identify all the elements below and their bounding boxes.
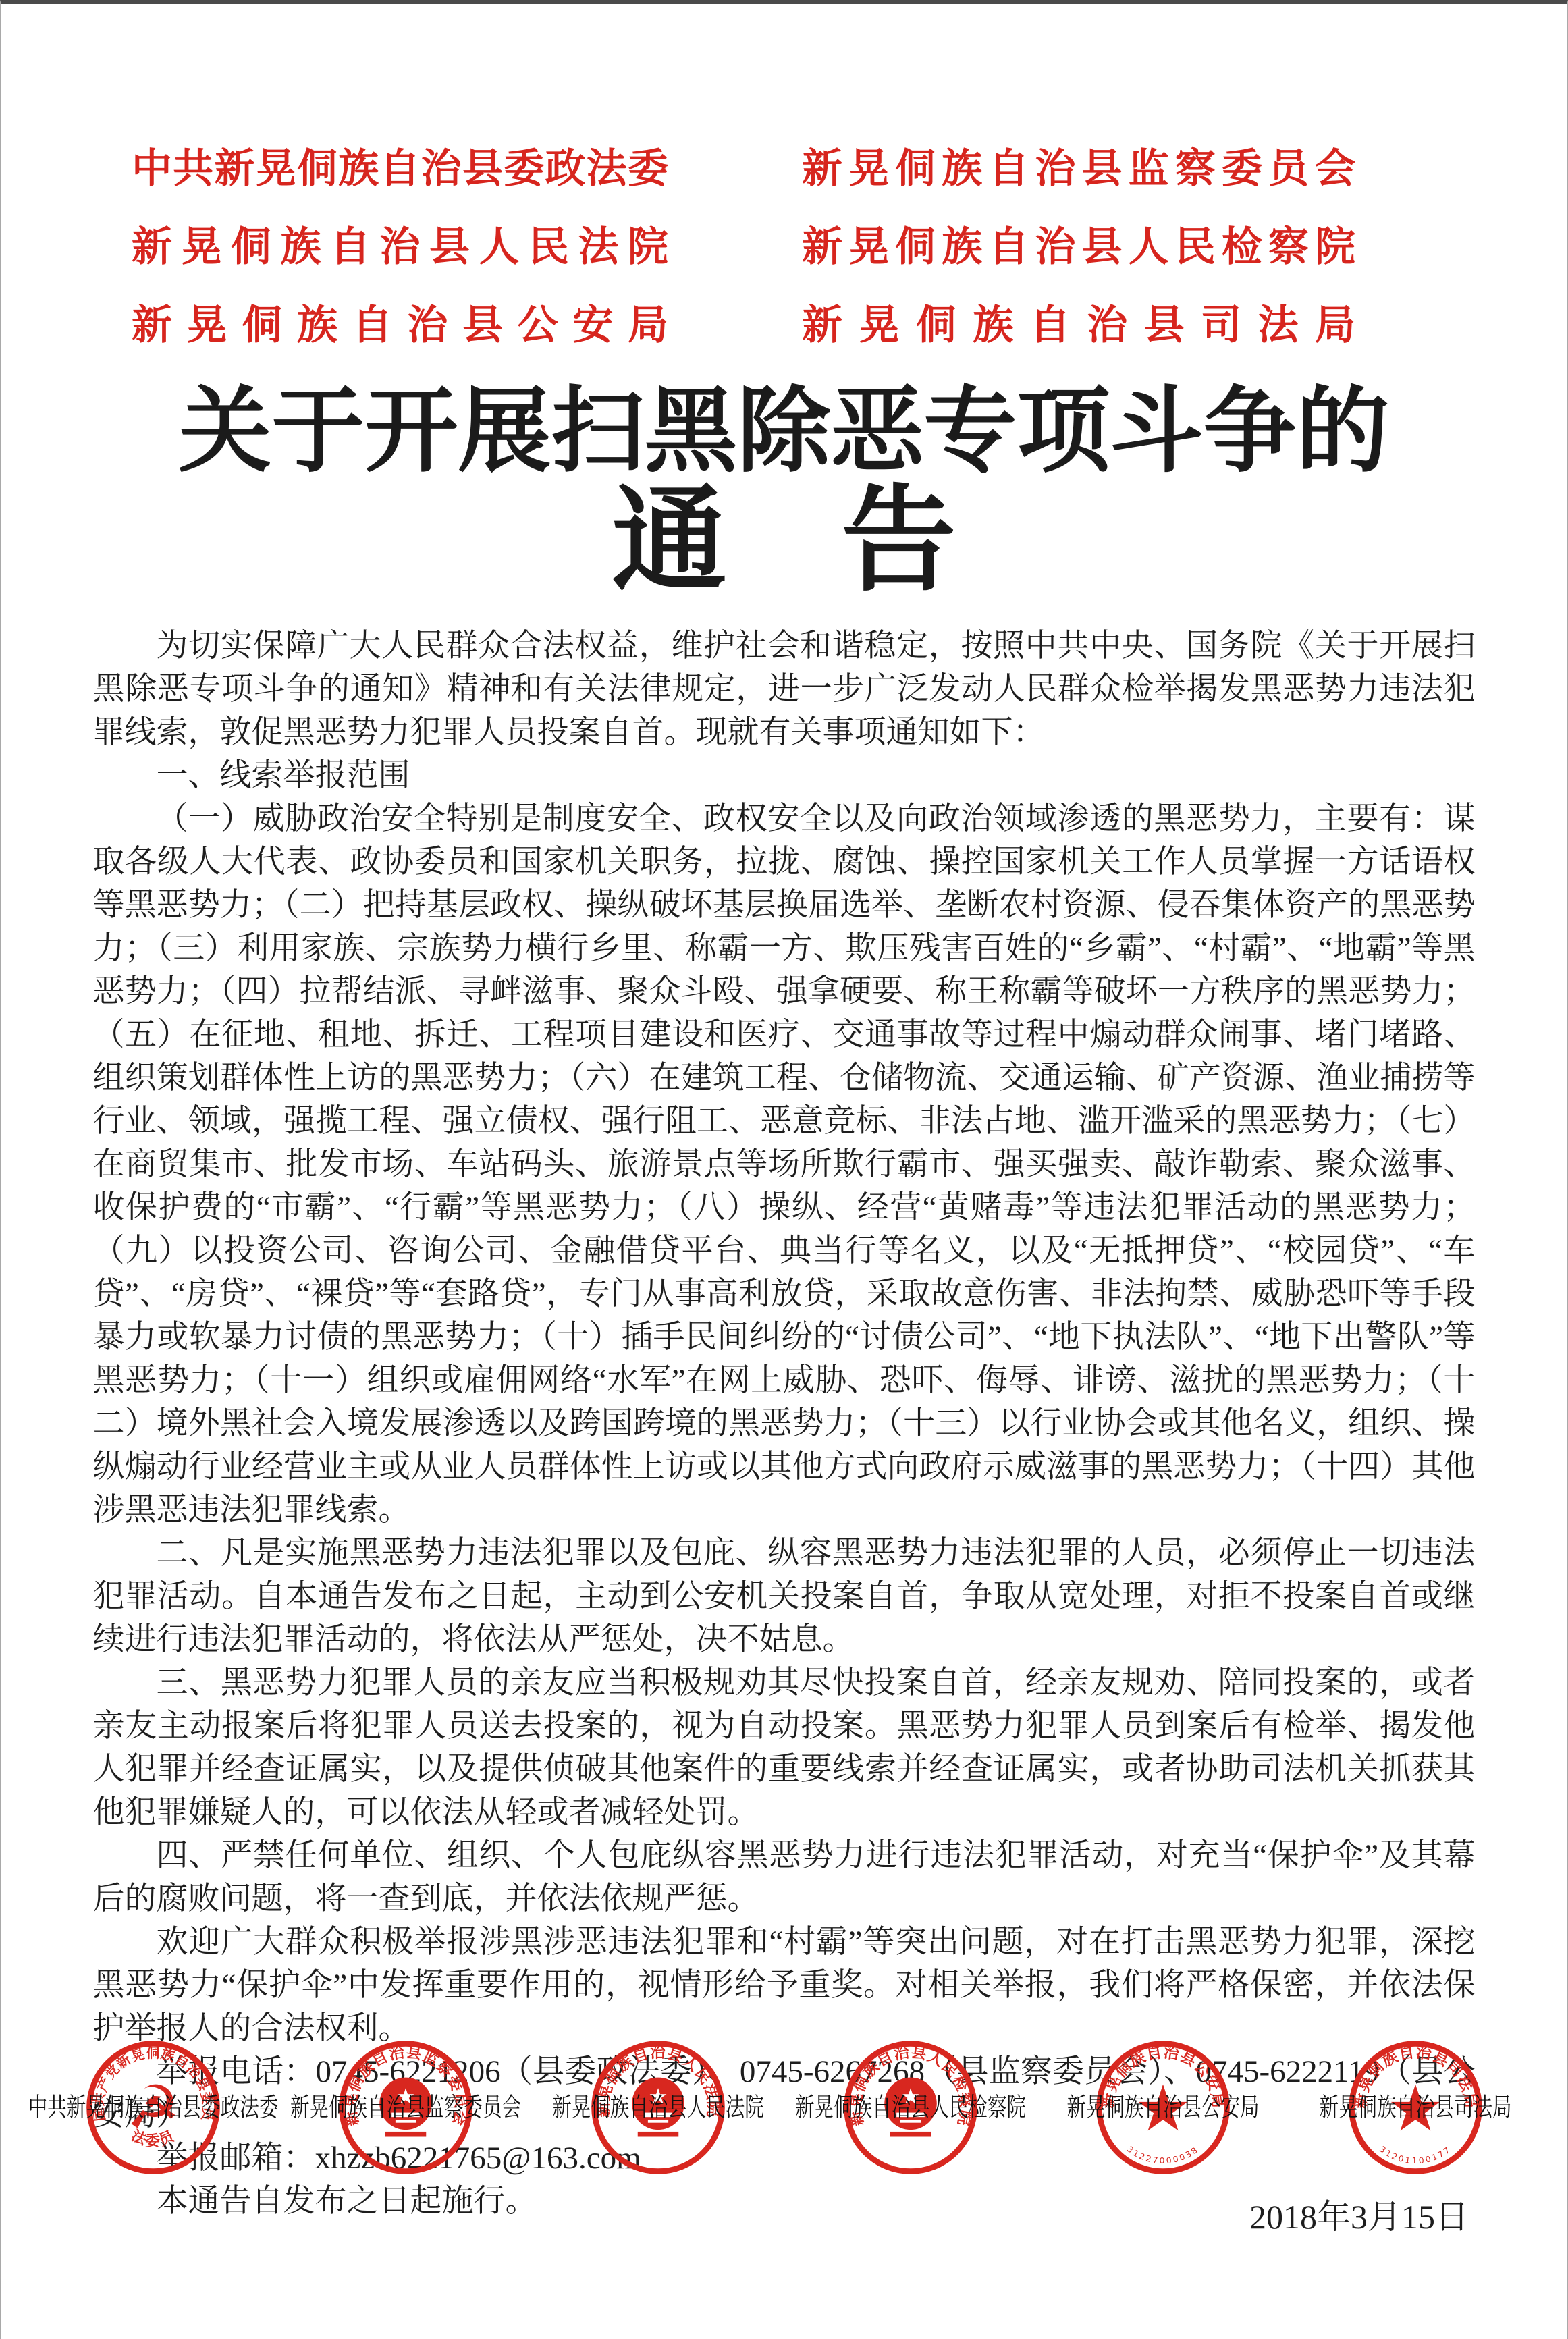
org-name-justice-bureau: 新晃侗族自治县司法局 bbox=[802, 286, 1355, 365]
org-name-peoples-court: 新晃侗族自治县人民法院 bbox=[132, 208, 668, 286]
section2-paragraph: 二、凡是实施黑恶势力违法犯罪以及包庇、纵容黑恶势力违法犯罪的人员，必须停止一切违… bbox=[93, 1532, 1476, 1661]
seal-caption: 新晃侗族自治县人民检察院 bbox=[794, 2087, 1025, 2124]
notice-title-line1: 关于开展扫黑除恶专项斗争的 bbox=[1, 374, 1567, 491]
org-name-public-security-bureau: 新晃侗族自治县公安局 bbox=[132, 286, 668, 365]
seal-caption: 新晃侗族自治县司法局 bbox=[1319, 2087, 1511, 2124]
official-seal: ★ 新晃侗族自治县人民检察院 新晃侗族自治县人民检察院 bbox=[784, 2037, 1037, 2206]
section1-heading: 一、线索举报范围 bbox=[93, 754, 1476, 797]
seal-caption: 新晃侗族自治县人民法院 bbox=[552, 2087, 764, 2124]
paragraph-reward: 欢迎广大群众积极举报涉黑涉恶违法犯罪和“村霸”等突出问题，对在打击黑恶势力犯罪，… bbox=[93, 1920, 1476, 2050]
paragraph-intro: 为切实保障广大人民群众合法权益，维护社会和谐稳定，按照中共中央、国务院《关于开展… bbox=[93, 624, 1476, 754]
section4-paragraph: 四、严禁任何单位、组织、个人包庇纵容黑恶势力进行违法犯罪活动，对充当“保护伞”及… bbox=[93, 1834, 1476, 1920]
official-seal: ☭ 中国共产党新晃侗族自治县委员会 政法委员会 中共新晃侗族自治县委政法委 bbox=[27, 2037, 279, 2206]
seal-caption: 新晃侗族自治县公安局 bbox=[1066, 2087, 1259, 2124]
issuing-orgs-header: 中共新晃侗族自治县委政法委 新晃侗族自治县监察委员会 新晃侗族自治县人民法院 新… bbox=[1, 130, 1567, 365]
official-seal: ★ 新晃侗族自治县人民法院 新晃侗族自治县人民法院 bbox=[532, 2037, 784, 2206]
section1-items: （一）威胁政治安全特别是制度安全、政权安全以及向政治领域渗透的黑恶势力，主要有：… bbox=[93, 797, 1476, 1532]
org-name-politics-law-committee: 中共新晃侗族自治县委政法委 bbox=[132, 130, 668, 208]
org-row: 新晃侗族自治县人民法院 新晃侗族自治县人民检察院 bbox=[132, 208, 1567, 286]
issue-date: 2018年3月15日 bbox=[1249, 2190, 1469, 2238]
official-seal: ★ 新晃侗族自治县司法局 4312011001777 新晃侗族自治县司法局 bbox=[1289, 2037, 1542, 2206]
notice-title-line2: 通 告 bbox=[1, 481, 1567, 602]
seal-caption: 新晃侗族自治县监察委员会 bbox=[290, 2087, 520, 2124]
official-seal: ★ 新晃侗族自治县公安局 4312270000384 新晃侗族自治县公安局 bbox=[1037, 2037, 1289, 2206]
seal-row: ☭ 中国共产党新晃侗族自治县委员会 政法委员会 中共新晃侗族自治县委政法委 ★ … bbox=[1, 2037, 1567, 2206]
official-seal: ★ 新晃侗族自治县监察委员会 新晃侗族自治县监察委员会 bbox=[279, 2037, 532, 2206]
notice-body: 为切实保障广大人民群众合法权益，维护社会和谐稳定，按照中共中央、国务院《关于开展… bbox=[93, 624, 1476, 2223]
org-row: 中共新晃侗族自治县委政法委 新晃侗族自治县监察委员会 bbox=[132, 130, 1567, 208]
notice-document: 中共新晃侗族自治县委政法委 新晃侗族自治县监察委员会 新晃侗族自治县人民法院 新… bbox=[0, 0, 1568, 2339]
seal-caption: 中共新晃侗族自治县委政法委 bbox=[28, 2087, 278, 2124]
org-name-peoples-procuratorate: 新晃侗族自治县人民检察院 bbox=[802, 208, 1355, 286]
org-row: 新晃侗族自治县公安局 新晃侗族自治县司法局 bbox=[132, 286, 1567, 365]
section3-paragraph: 三、黑恶势力犯罪人员的亲友应当积极规劝其尽快投案自首，经亲友规劝、陪同投案的，或… bbox=[93, 1661, 1476, 1834]
org-name-supervisory-commission: 新晃侗族自治县监察委员会 bbox=[802, 130, 1355, 208]
